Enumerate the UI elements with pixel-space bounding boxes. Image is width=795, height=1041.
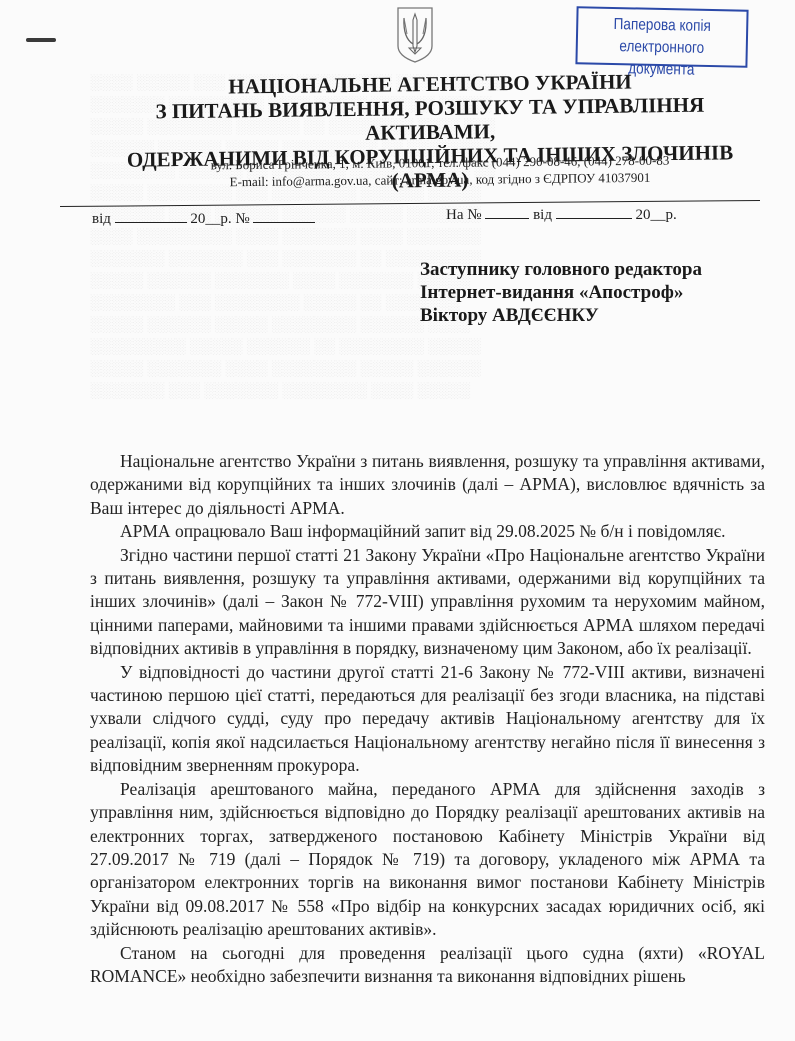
letter-body: Національне агентство України з питань в…	[90, 450, 765, 988]
incoming-number-label: На №	[446, 207, 482, 223]
incoming-year-label: 20__р.	[635, 207, 676, 223]
outgoing-date-blank	[115, 208, 187, 223]
addressee-position: Заступнику головного редактора	[420, 258, 702, 281]
paragraph-gratitude: Національне агентство України з питань в…	[90, 450, 765, 520]
addressee-block: Заступнику головного редактора Інтернет-…	[420, 258, 702, 327]
margin-mark	[26, 38, 56, 42]
incoming-date-label: від	[533, 207, 552, 223]
paragraph-article-21-6: У відповідності до частини другої статті…	[90, 661, 765, 778]
outgoing-date-label: від	[92, 211, 111, 227]
paragraph-request-reference: АРМА опрацювало Ваш інформаційний запит …	[90, 520, 765, 543]
outgoing-year-number-label: 20__р. №	[190, 211, 249, 227]
addressee-name: Віктору АВДЄЄНКУ	[420, 304, 702, 327]
incoming-number-blank	[485, 204, 529, 219]
outgoing-number-blank	[253, 208, 315, 223]
addressee-publication: Інтернет-видання «Апостроф»	[420, 281, 702, 304]
letter-page: ░░░░ ░░░░░ ░░░ ░░░░░░ ░░░░░░░░░ ░░░░ ░░░…	[0, 0, 795, 1041]
outgoing-registration: від 20__р. №	[92, 208, 315, 229]
trident-coat-of-arms-icon	[395, 6, 435, 64]
org-line-2: З ПИТАНЬ ВИЯВЛЕННЯ, РОЗШУКУ ТА УПРАВЛІНН…	[110, 92, 751, 148]
incoming-registration: На № від 20__р.	[446, 204, 677, 225]
paragraph-sale-procedure: Реалізація арештованого майна, переданог…	[90, 778, 765, 942]
incoming-date-blank	[556, 204, 632, 219]
paragraph-law-article-21: Згідно частини першої статті 21 Закону У…	[90, 544, 765, 661]
stamp-line-1: Паперова копія	[591, 14, 734, 39]
paper-copy-stamp: Паперова копія електронного документа	[575, 6, 748, 68]
paragraph-royal-romance: Станом на сьогодні для проведення реаліз…	[90, 942, 765, 989]
contact-info: вул. Бориса Грінченка, 1, м. Київ, 01001…	[110, 154, 770, 188]
